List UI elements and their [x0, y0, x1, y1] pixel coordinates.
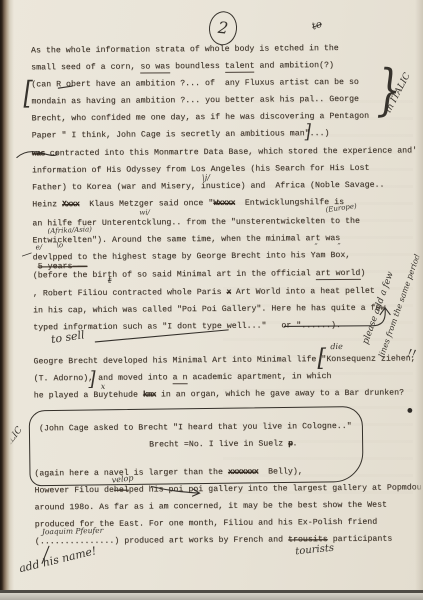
- pen-stroke: [58, 86, 72, 88]
- pen-stroke: [151, 486, 198, 493]
- pen-stroke: [17, 151, 57, 157]
- bracket-close-adorno: ]: [89, 370, 96, 390]
- pen-stroke: [95, 330, 228, 342]
- scan-edge-bottom-strip: [0, 593, 423, 600]
- insert-t-mark: t: [108, 277, 112, 286]
- scanned-page: As the whole information strata of whole…: [0, 0, 423, 600]
- bracket-open-paragraph: [: [23, 77, 33, 108]
- insert-wi-mark: wi/: [139, 209, 150, 216]
- scan-edge-right: [415, 0, 423, 600]
- insert-j-mark: \j/: [202, 174, 210, 182]
- note-joaquim-pfeufer: Joaquim Pfeufer: [42, 527, 104, 536]
- fix-lo-mark: \o: [57, 242, 64, 249]
- fix-e-mark: e/: [36, 244, 43, 251]
- fix-x-mark: x: [101, 383, 106, 391]
- scan-edge-left: [0, 0, 14, 600]
- verso-ghosting: [223, 100, 413, 500]
